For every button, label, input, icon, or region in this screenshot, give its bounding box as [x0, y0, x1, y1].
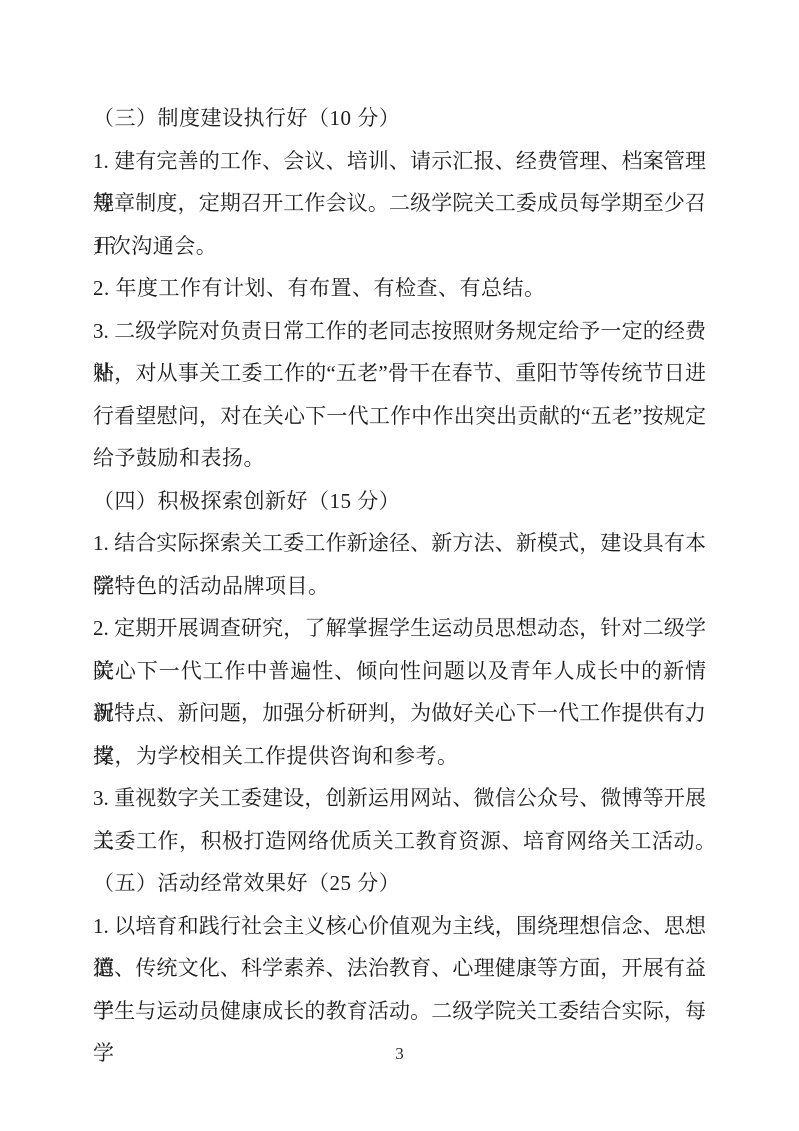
text-line: 工委工作，积极打造网络优质关工教育资源、培育网络关工活动。	[93, 820, 706, 863]
text-line: 贴，对从事关工委工作的“五老”骨干在春节、重阳节等传统节日进	[93, 352, 706, 395]
text-line: 3. 重视数字关工委建设，创新运用网站、微信公众号、微博等开展关	[93, 777, 706, 820]
section-heading: （四）积极探索创新好（15 分）	[93, 480, 706, 523]
text-line: 德、传统文化、科学素养、法治教育、心理健康等方面，开展有益于	[93, 947, 706, 990]
text-line: 规章制度，定期召开工作会议。二级学院关工委成员每学期至少召开	[93, 182, 706, 225]
text-line: 学生与运动员健康成长的教育活动。二级学院关工委结合实际，每学	[93, 990, 706, 1033]
page-number: 3	[0, 1043, 799, 1065]
text-line: 1. 以培育和践行社会主义核心价值观为主线，围绕理想信念、思想道	[93, 905, 706, 948]
text-line: 3. 二级学院对负责日常工作的老同志按照财务规定给予一定的经费补	[93, 310, 706, 353]
document-page: （三）制度建设执行好（10 分） 1. 建有完善的工作、会议、培训、请示汇报、经…	[0, 0, 799, 1131]
text-line: 撑，为学校相关工作提供咨询和参考。	[93, 735, 706, 778]
text-line: 院特色的活动品牌项目。	[93, 565, 706, 608]
text-line: 给予鼓励和表扬。	[93, 437, 706, 480]
text-line: 1. 建有完善的工作、会议、培训、请示汇报、经费管理、档案管理等	[93, 140, 706, 183]
section-heading: （三）制度建设执行好（10 分）	[93, 97, 706, 140]
text-line: 1 次沟通会。	[93, 225, 706, 268]
text-line: 2. 年度工作有计划、有布置、有检查、有总结。	[93, 267, 706, 310]
text-line: 2. 定期开展调查研究，了解掌握学生运动员思想动态，针对二级学院	[93, 607, 706, 650]
text-line: 关心下一代工作中普遍性、倾向性问题以及青年人成长中的新情况、	[93, 650, 706, 693]
text-line: 1. 结合实际探索关工委工作新途径、新方法、新模式，建设具有本学	[93, 522, 706, 565]
section-heading: （五）活动经常效果好（25 分）	[93, 862, 706, 905]
document-body: （三）制度建设执行好（10 分） 1. 建有完善的工作、会议、培训、请示汇报、经…	[93, 97, 706, 1032]
text-line: 行看望慰问，对在关心下一代工作中作出突出贡献的“五老”按规定	[93, 395, 706, 438]
text-line: 新特点、新问题，加强分析研判，为做好关心下一代工作提供有力支	[93, 692, 706, 735]
